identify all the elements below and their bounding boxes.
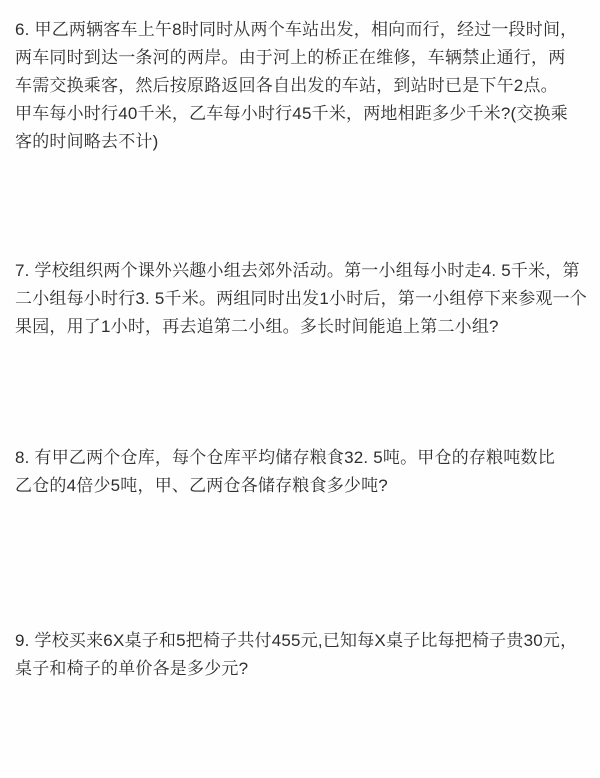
math-worksheet-page: 6. 甲乙两辆客车上午8时同时从两个车站出发，相向而行，经过一段时间， 两车同时… (0, 0, 600, 778)
problem-7-text: 7. 学校组织两个课外兴趣小组去郊外活动。第一小组每小时走4. 5千米，第 二小… (15, 257, 600, 341)
problem-8-text: 8. 有甲乙两个仓库，每个仓库平均储存粮食32. 5吨。甲仓的存粮吨数比 乙仓的… (15, 444, 600, 500)
problem-9-text: 9. 学校买来6X桌子和5把椅子共付455元,已知每X桌子比每把椅子贵30元， … (15, 627, 600, 683)
problem-6-text: 6. 甲乙两辆客车上午8时同时从两个车站出发，相向而行，经过一段时间， 两车同时… (15, 16, 600, 156)
